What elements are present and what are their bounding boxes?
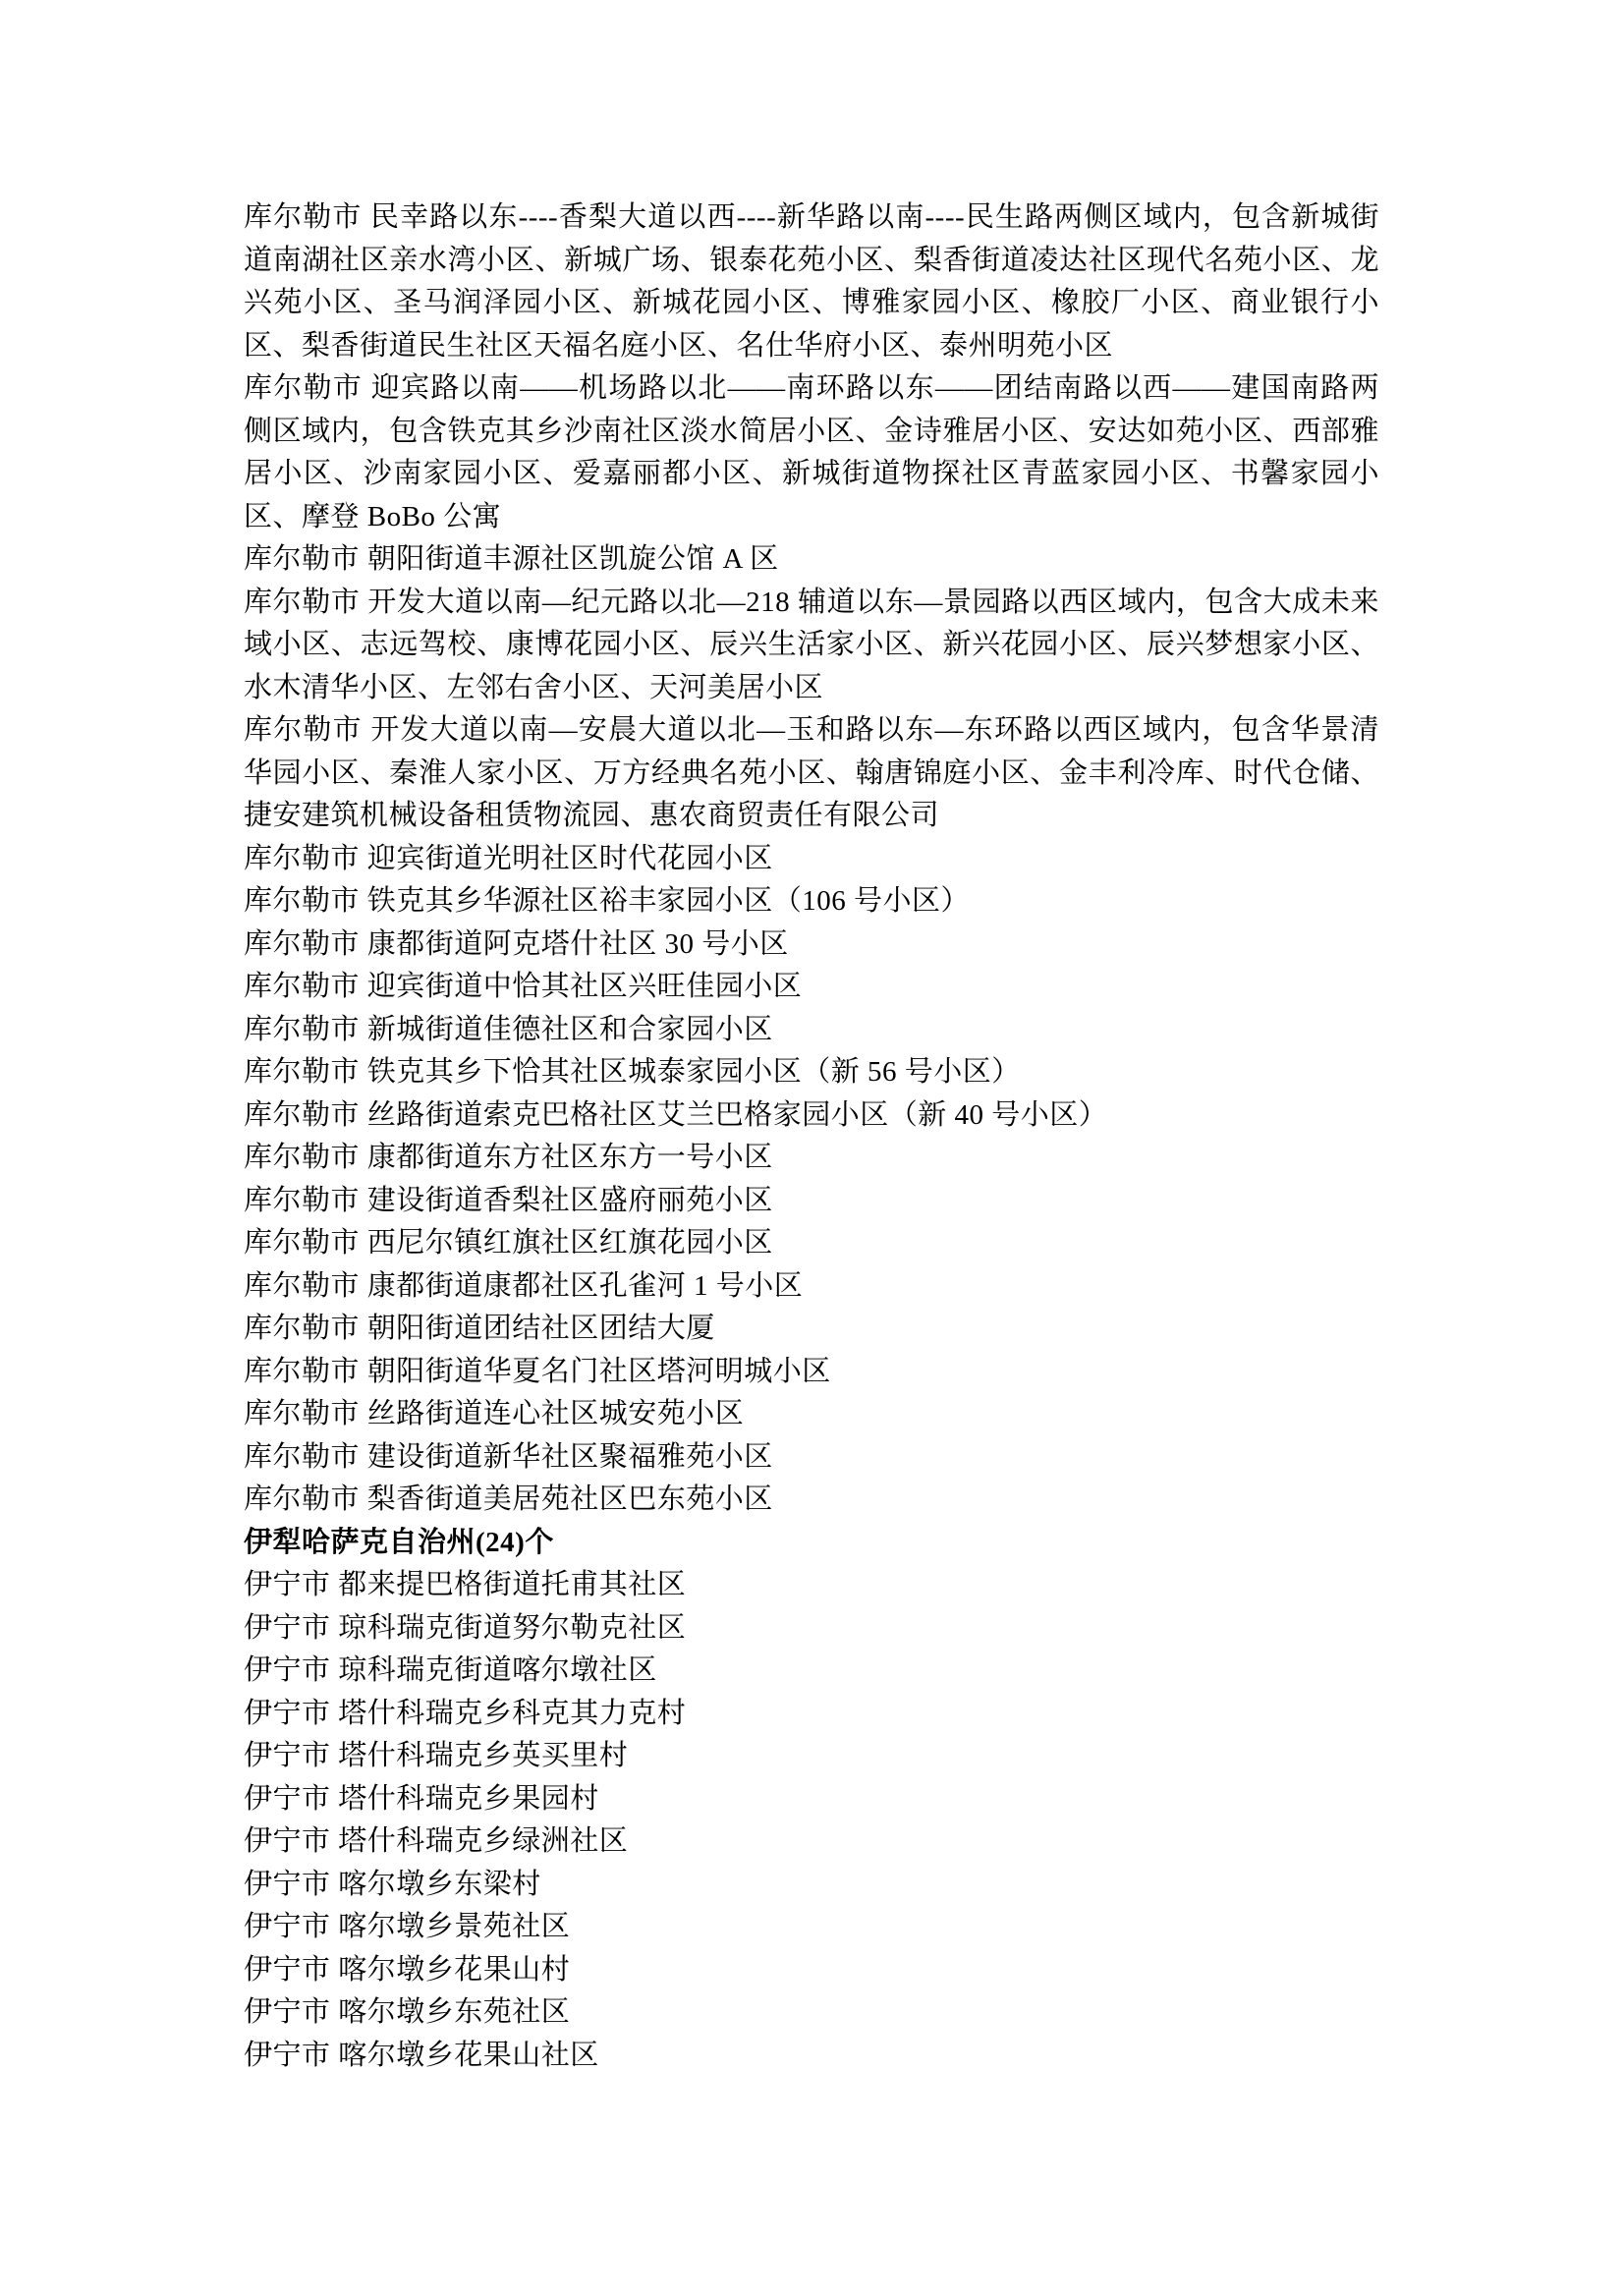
paragraph: 伊宁市 塔什科瑞克乡果园村 [244,1778,1379,1821]
paragraph: 库尔勒市 开发大道以南—纪元路以北—218 辅道以东—景园路以西区域内，包含大成… [244,582,1379,710]
paragraph: 伊宁市 琼科瑞克街道喀尔墩社区 [244,1650,1379,1693]
paragraph: 库尔勒市 西尼尔镇红旗社区红旗花园小区 [244,1222,1379,1265]
paragraph: 库尔勒市 建设街道新华社区聚福雅苑小区 [244,1436,1379,1480]
paragraph: 伊宁市 都来提巴格街道托甫其社区 [244,1564,1379,1607]
paragraph: 库尔勒市 迎宾街道中恰其社区兴旺佳园小区 [244,966,1379,1009]
paragraph: 伊宁市 喀尔墩乡东苑社区 [244,1991,1379,2035]
paragraph: 库尔勒市 丝路街道索克巴格社区艾兰巴格家园小区（新 40 号小区） [244,1094,1379,1138]
paragraph: 库尔勒市 铁克其乡华源社区裕丰家园小区（106 号小区） [244,880,1379,924]
paragraph: 库尔勒市 梨香街道美居苑社区巴东苑小区 [244,1479,1379,1522]
paragraph: 伊宁市 喀尔墩乡景苑社区 [244,1906,1379,1949]
paragraph: 库尔勒市 朝阳街道丰源社区凯旋公馆 A 区 [244,538,1379,582]
paragraph: 库尔勒市 康都街道阿克塔什社区 30 号小区 [244,924,1379,967]
paragraph: 库尔勒市 丝路街道连心社区城安苑小区 [244,1393,1379,1436]
paragraph: 伊宁市 喀尔墩乡东梁村 [244,1864,1379,1907]
document-page: 库尔勒市 民幸路以东----香梨大道以西----新华路以南----民生路两侧区域… [0,0,1624,2295]
paragraph: 伊宁市 塔什科瑞克乡英买里村 [244,1735,1379,1778]
paragraph: 库尔勒市 康都街道康都社区孔雀河 1 号小区 [244,1265,1379,1309]
paragraph: 伊宁市 琼科瑞克街道努尔勒克社区 [244,1607,1379,1651]
paragraph: 库尔勒市 新城街道佳德社区和合家园小区 [244,1009,1379,1052]
paragraph: 库尔勒市 康都街道东方社区东方一号小区 [244,1137,1379,1180]
paragraph: 伊犁哈萨克自治州(24)个 [244,1522,1379,1565]
paragraph: 伊宁市 喀尔墩乡花果山社区 [244,2035,1379,2078]
document-content: 库尔勒市 民幸路以东----香梨大道以西----新华路以南----民生路两侧区域… [244,196,1379,2077]
paragraph: 伊宁市 塔什科瑞克乡科克其力克村 [244,1693,1379,1736]
paragraph: 库尔勒市 朝阳街道团结社区团结大厦 [244,1308,1379,1351]
paragraph: 库尔勒市 迎宾街道光明社区时代花园小区 [244,838,1379,881]
paragraph: 库尔勒市 开发大道以南—安晨大道以北—玉和路以东—东环路以西区域内，包含华景清华… [244,709,1379,838]
paragraph: 库尔勒市 朝阳街道华夏名门社区塔河明城小区 [244,1351,1379,1394]
paragraph: 伊宁市 塔什科瑞克乡绿洲社区 [244,1820,1379,1864]
paragraph: 库尔勒市 迎宾路以南——机场路以北——南环路以东——团结南路以西——建国南路两侧… [244,367,1379,538]
paragraph: 伊宁市 喀尔墩乡花果山村 [244,1949,1379,1992]
paragraph: 库尔勒市 铁克其乡下恰其社区城泰家园小区（新 56 号小区） [244,1051,1379,1094]
paragraph: 库尔勒市 民幸路以东----香梨大道以西----新华路以南----民生路两侧区域… [244,196,1379,367]
paragraph: 库尔勒市 建设街道香梨社区盛府丽苑小区 [244,1180,1379,1223]
